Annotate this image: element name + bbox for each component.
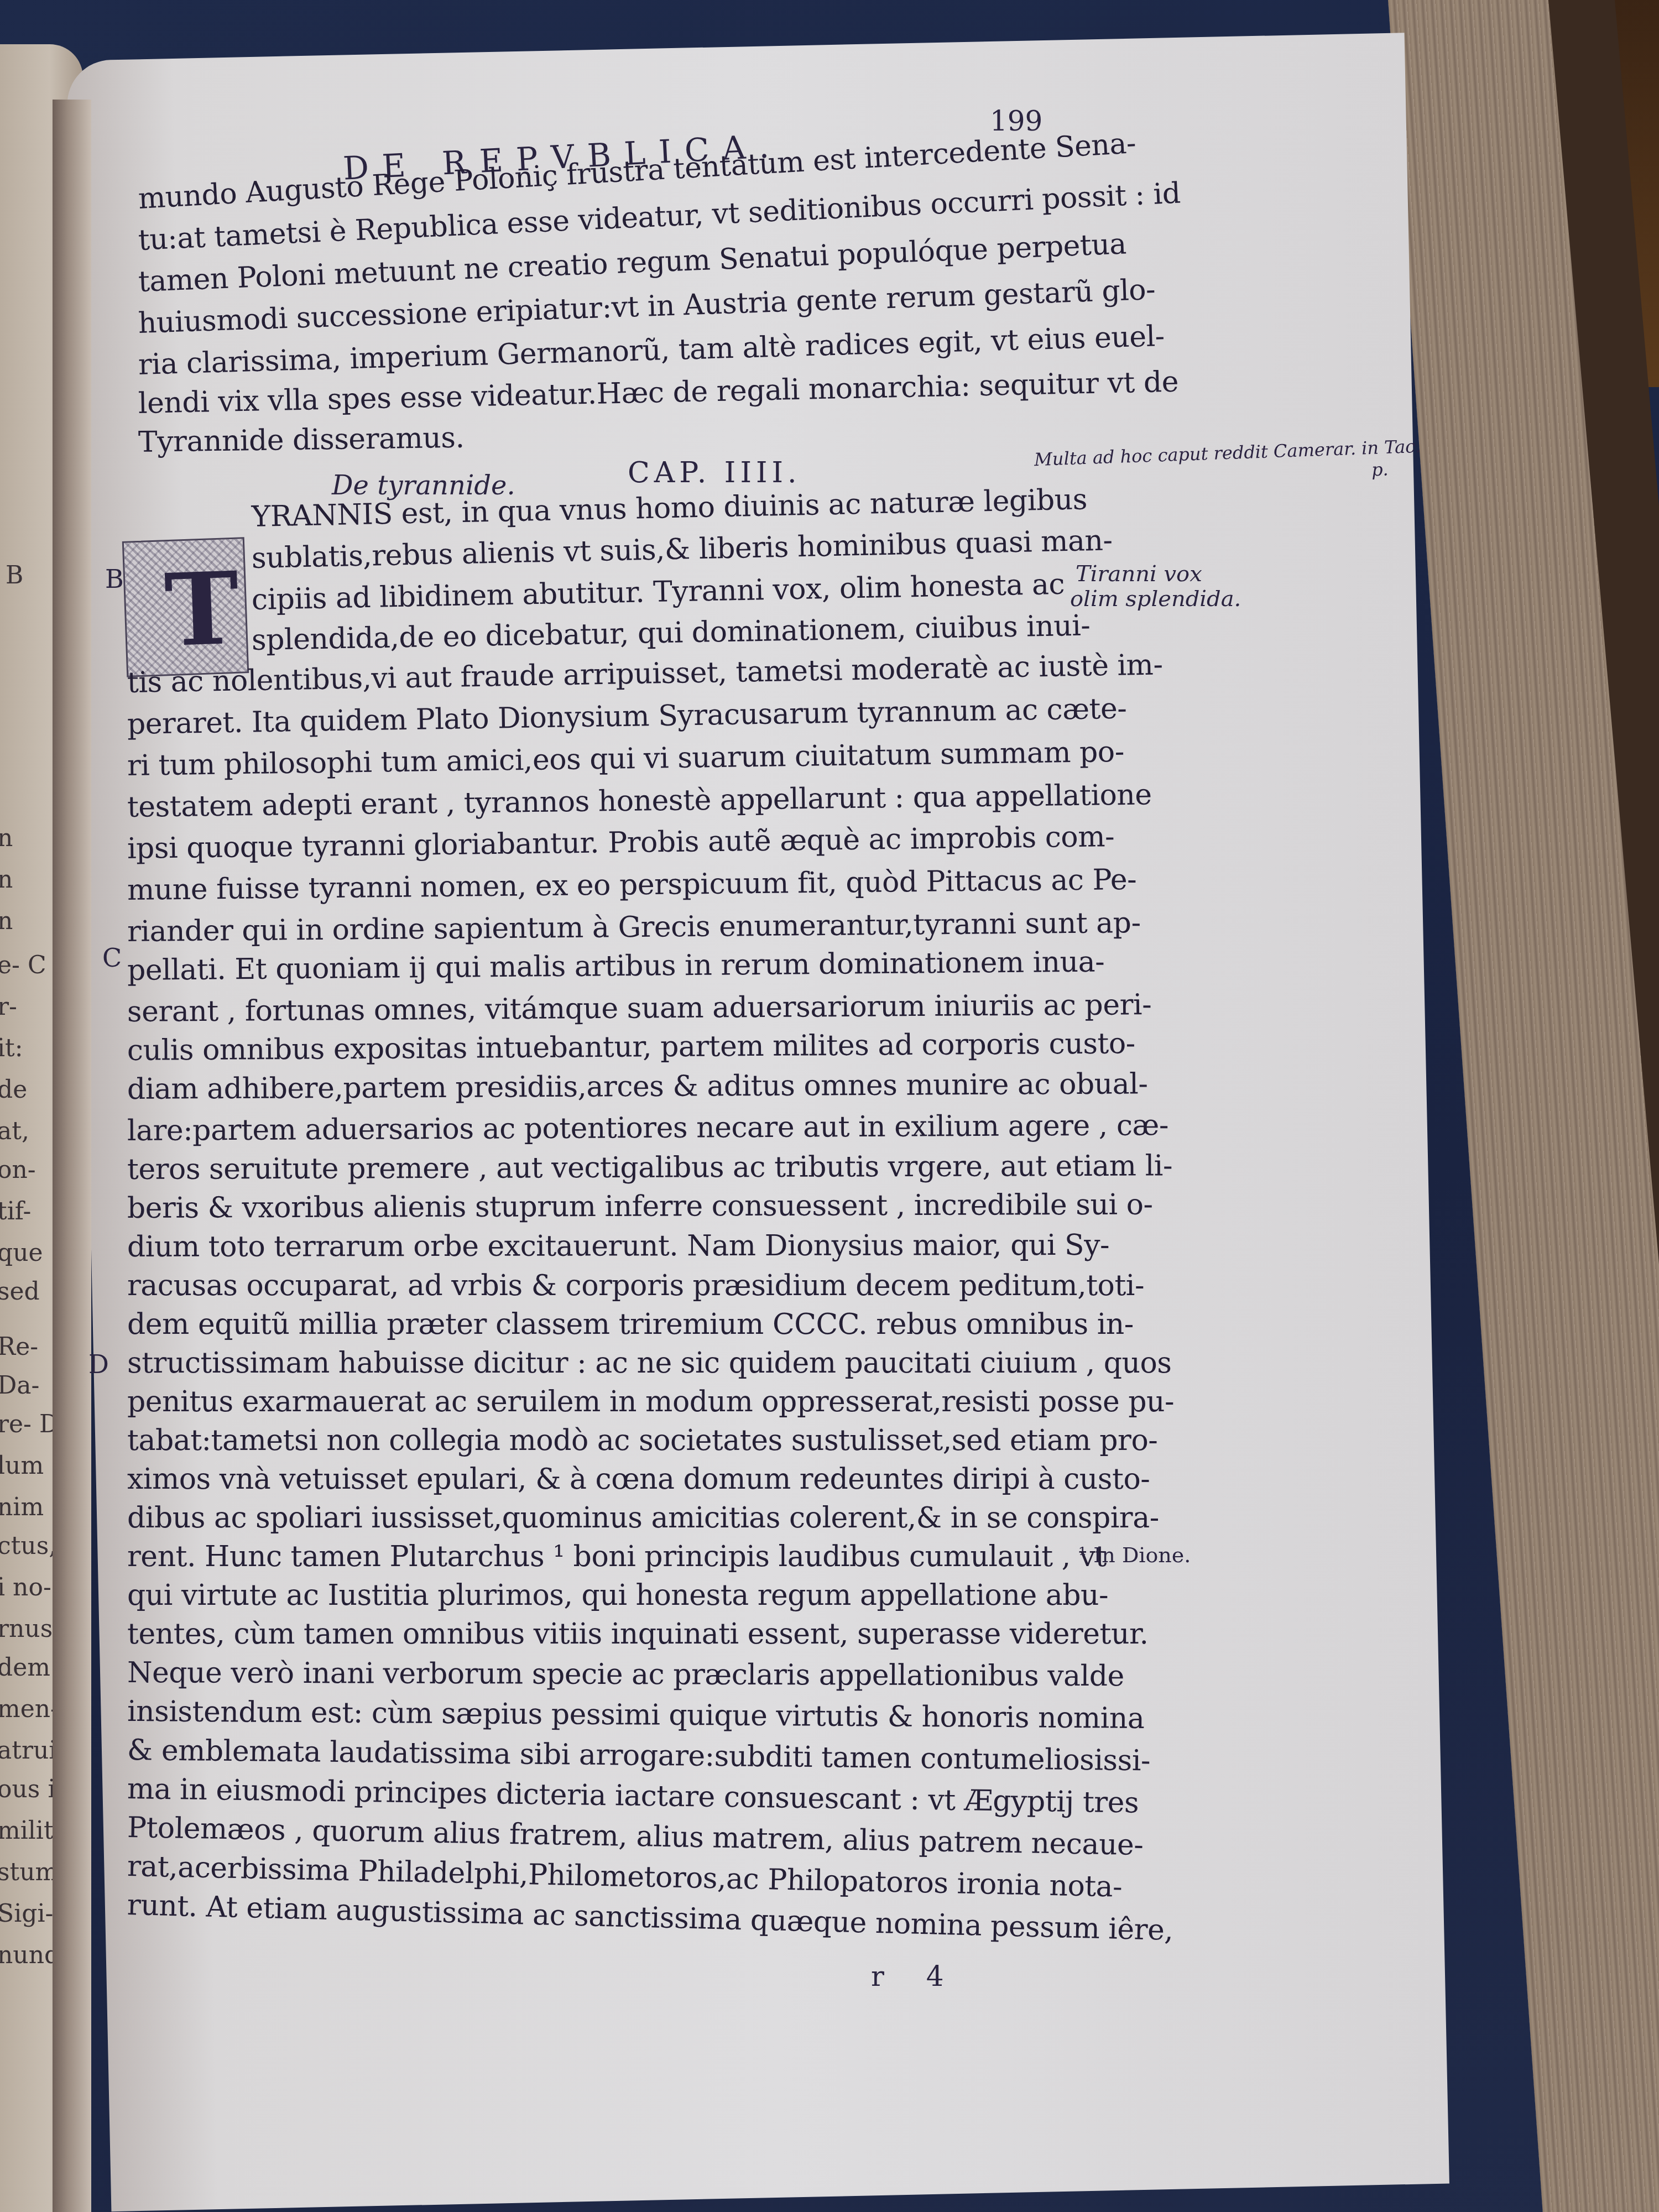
chapter-line: pellati. Et quoniam ij qui malis artibus… xyxy=(127,946,1105,987)
section-marker-c: C xyxy=(102,943,122,973)
chapter-line: teros seruitute premere , aut vectigalib… xyxy=(127,1149,1172,1186)
chapter-label: CAP. IIII. xyxy=(628,456,801,489)
chapter-line: & emblemata laudatissima sibi arrogare:s… xyxy=(127,1734,1151,1777)
chapter-line: cipiis ad libidinem abutitur. Tyranni vo… xyxy=(251,568,1065,617)
printed-sidenote: Tiranni vox xyxy=(1076,561,1202,587)
chapter-line: rent. Hunc tamen Plutarchus ¹ boni princ… xyxy=(127,1540,1107,1573)
chapter-line: splendida,de eo dicebatur, qui dominatio… xyxy=(251,609,1090,657)
chapter-line: mune fuisse tyranni nomen, ex eo perspic… xyxy=(127,863,1137,907)
chapter-line: Neque verò inani verborum specie ac præc… xyxy=(127,1656,1124,1693)
chapter-line: riander qui in ordine sapientum à Grecis… xyxy=(127,906,1141,948)
chapter-line: qui virtute ac Iustitia plurimos, qui ho… xyxy=(127,1579,1108,1612)
chapter-line: dium toto terrarum orbe excitauerunt. Na… xyxy=(127,1229,1109,1264)
chapter-line: insistendum est: cùm sæpius pessimi quiq… xyxy=(127,1695,1145,1735)
chapter-line: dibus ac spoliari iussisset,quominus ami… xyxy=(127,1501,1159,1535)
chapter-line: tabat:tametsi non collegia modò ac socie… xyxy=(127,1424,1157,1457)
handwritten-annotation-page-ref: p. xyxy=(1371,458,1389,480)
chapter-line: beris & vxoribus alienis stuprum inferre… xyxy=(127,1188,1153,1225)
section-marker-b: B xyxy=(105,564,124,594)
chapter-line: culis omnibus expositas intuebantur, par… xyxy=(127,1027,1135,1067)
chapter-line: ipsi quoque tyranni gloriabantur. Probis… xyxy=(127,820,1115,865)
chapter-line: diam adhibere,partem presidiis,arces & a… xyxy=(127,1067,1148,1106)
page-text: DE REPVBLICA. 199 mundo Augusto Rege Pol… xyxy=(0,0,1659,2212)
chapter-line: structissimam habuisse dicitur : ac ne s… xyxy=(127,1347,1172,1380)
printed-sidenote: olim splendida. xyxy=(1070,586,1241,612)
chapter-line: penitus exarmauerat ac seruilem in modum… xyxy=(127,1385,1174,1418)
chapter-line: dem equitũ millia præter classem triremi… xyxy=(127,1308,1134,1341)
decorated-initial: T xyxy=(122,537,249,677)
chapter-line: sublatis,rebus alienis vt suis,& liberis… xyxy=(251,524,1113,575)
signature-mark: r 4 xyxy=(871,1960,961,1992)
chapter-line: peraret. Ita quidem Plato Dionysium Syra… xyxy=(127,692,1127,741)
chapter-line: serant , fortunas omnes, vitámque suam a… xyxy=(127,988,1152,1029)
chapter-line: tentes, cùm tamen omnibus vitiis inquina… xyxy=(127,1618,1149,1651)
chapter-line: ximos vnà vetuisset epulari, & à cœna do… xyxy=(127,1463,1150,1496)
decorated-initial-letter: T xyxy=(163,550,241,670)
chapter-line: ri tum philosophi tum amici,eos qui vi s… xyxy=(127,735,1125,782)
chapter-line: testatem adepti erant , tyrannos honestè… xyxy=(127,778,1152,824)
chapter-line: ma in eiusmodi principes dicteria iactar… xyxy=(127,1772,1139,1820)
section-marker-d: D xyxy=(88,1349,109,1379)
body-line: Tyrannide disseramus. xyxy=(138,421,465,459)
handwritten-annotation: Multa ad hoc caput reddit Camerar. in Ta… xyxy=(1034,436,1421,470)
footnote-sidenote: ¹ In Dione. xyxy=(1078,1543,1191,1567)
chapter-line: lare:partem aduersarios ac potentiores n… xyxy=(127,1109,1168,1147)
chapter-line: racusas occuparat, ad vrbis & corporis p… xyxy=(127,1269,1144,1302)
